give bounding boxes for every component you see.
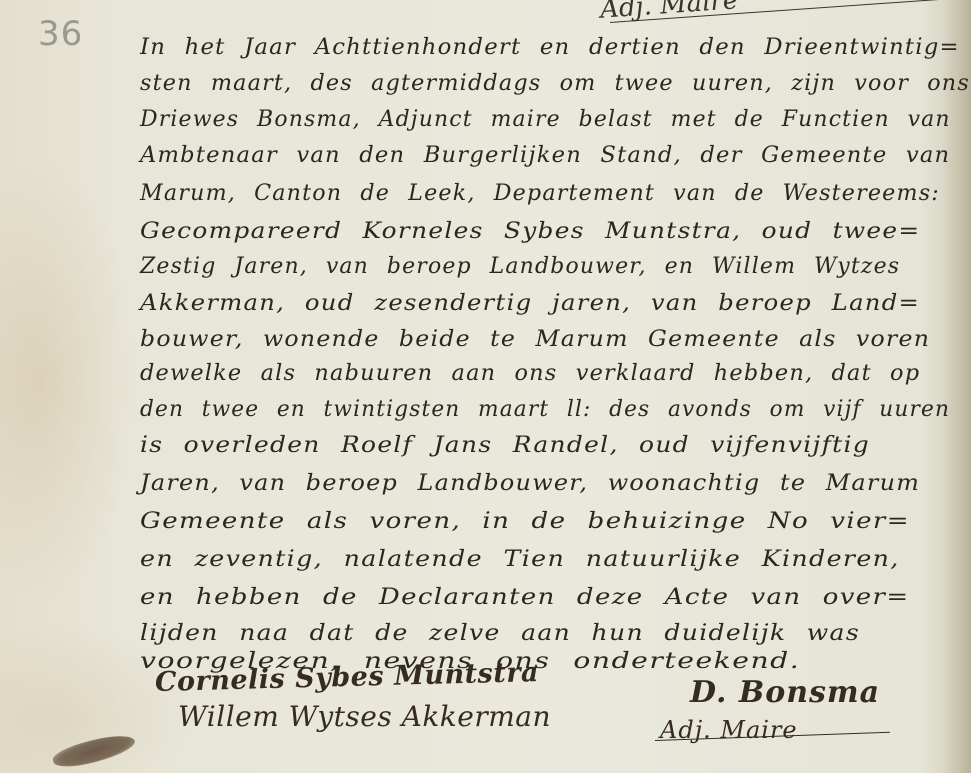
line-continuation-mark: = bbox=[886, 584, 909, 610]
line-continuation-mark: = bbox=[898, 218, 920, 244]
record-line: Jaren, van beroep Landbouwer, woonachtig… bbox=[140, 470, 920, 496]
signature-official-name: D. Bonsma bbox=[690, 675, 880, 710]
record-line-text: den twee en twintigsten maart ll: des av… bbox=[140, 396, 950, 422]
record-line: Marum, Canton de Leek, Departement van d… bbox=[140, 180, 940, 206]
record-line: lijden naa dat de zelve aan hun duidelij… bbox=[140, 620, 860, 646]
record-line-text: Zestig Jaren, van beroep Landbouwer, en … bbox=[140, 253, 900, 279]
record-line-text: bouwer, wonende beide te Marum Gemeente … bbox=[140, 326, 930, 352]
record-line-text: Akkerman, oud zesendertig jaren, van ber… bbox=[140, 290, 899, 316]
record-line: den twee en twintigsten maart ll: des av… bbox=[140, 396, 950, 422]
line-continuation-mark: = bbox=[887, 508, 910, 534]
line-continuation-mark: = bbox=[940, 34, 960, 60]
record-line: Gecompareerd Korneles Sybes Muntstra, ou… bbox=[140, 218, 921, 244]
folio-number: 36 bbox=[38, 14, 83, 54]
record-line: Driewes Bonsma, Adjunct maire belast met… bbox=[140, 106, 951, 132]
record-line-text: dewelke als nabuuren aan ons verklaard h… bbox=[140, 360, 920, 386]
record-line: Akkerman, oud zesendertig jaren, van ber… bbox=[140, 290, 920, 316]
record-line-text: Gemeente als voren, in de behuizinge No … bbox=[140, 508, 887, 534]
record-line: Ambtenaar van den Burgerlijken Stand, de… bbox=[140, 142, 950, 168]
record-line: sten maart, des agtermiddags om twee uur… bbox=[140, 70, 970, 96]
record-line: bouwer, wonende beide te Marum Gemeente … bbox=[140, 326, 930, 352]
record-line-text: sten maart, des agtermiddags om twee uur… bbox=[140, 70, 970, 96]
record-line: In het Jaar Achttienhondert en dertien d… bbox=[140, 34, 960, 60]
signature-declarant-2: Willem Wytses Akkerman bbox=[178, 700, 551, 733]
record-line: Gemeente als voren, in de behuizinge No … bbox=[140, 508, 910, 534]
record-line-text: is overleden Roelf Jans Randel, oud vijf… bbox=[140, 432, 870, 458]
record-line-text: Gecompareerd Korneles Sybes Muntstra, ou… bbox=[140, 218, 898, 244]
record-line-text: Marum, Canton de Leek, Departement van d… bbox=[140, 180, 940, 206]
record-line: en hebben de Declaranten deze Acte van o… bbox=[140, 584, 909, 610]
record-line: Zestig Jaren, van beroep Landbouwer, en … bbox=[140, 253, 900, 279]
record-line: dewelke als nabuuren aan ons verklaard h… bbox=[140, 360, 920, 386]
record-line-text: In het Jaar Achttienhondert en dertien d… bbox=[140, 34, 940, 60]
record-line-text: en zeventig, nalatende Tien natuurlijke … bbox=[140, 546, 900, 572]
top-signature-fragment: Adj. Maire bbox=[599, 0, 739, 25]
record-line: is overleden Roelf Jans Randel, oud vijf… bbox=[140, 432, 870, 458]
record-line-text: Driewes Bonsma, Adjunct maire belast met… bbox=[140, 106, 951, 132]
record-line-text: lijden naa dat de zelve aan hun duidelij… bbox=[140, 620, 860, 646]
record-line-text: en hebben de Declaranten deze Acte van o… bbox=[140, 584, 886, 610]
record-line-text: Jaren, van beroep Landbouwer, woonachtig… bbox=[140, 470, 920, 496]
ink-smudge bbox=[51, 729, 138, 773]
record-line-text: Ambtenaar van den Burgerlijken Stand, de… bbox=[140, 142, 950, 168]
record-line: en zeventig, nalatende Tien natuurlijke … bbox=[140, 546, 900, 572]
line-continuation-mark: = bbox=[899, 290, 921, 316]
document-scan: 36 Adj. Maire In het Jaar Achttienhonder… bbox=[0, 0, 971, 773]
